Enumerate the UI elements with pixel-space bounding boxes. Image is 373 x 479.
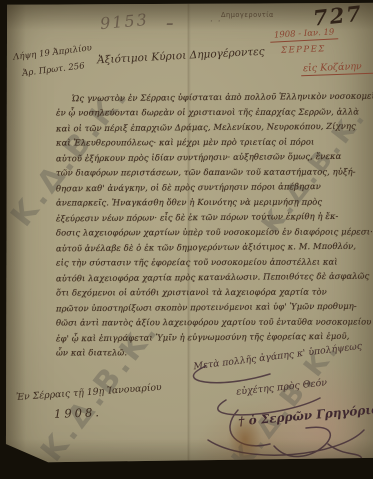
office-label: Δημογεροντία <box>221 11 274 19</box>
receipt-note: Λήψη 19 Ἀπριλίου <box>13 43 93 63</box>
received-date: 1908 - Ιαν. 19 <box>270 27 339 43</box>
letter-body: Ὡς γνωστὸν ἐν Σέρραις ὑφίσταται ἀπὸ πολλ… <box>56 92 370 362</box>
letter-paper: Κ.Δ.Β.Κ. Κ.Δ.Β.Κ. Κ.Δ.Β.Κ. Κ.Δ.Β.Κ. 9153… <box>0 0 373 479</box>
dateline-year: 1908. <box>54 405 102 421</box>
pencil-dot-marks: · · <box>210 17 222 27</box>
pencil-dash-mark: – <box>166 14 174 32</box>
received-place: ΣΕΡΡΕΣ <box>281 44 326 56</box>
scanned-letter-page: { "annotations": { "pencil_number": "915… <box>0 0 373 479</box>
salutation: Ἀξιότιμοι Κύριοι Δημογέροντες <box>97 46 265 67</box>
signature-flourish <box>178 348 373 476</box>
archive-number-pencil: 9153 <box>99 10 149 33</box>
registry-number-ink: 727 <box>312 0 364 30</box>
protocol-number: Ἀρ. Πρωτ. 256 <box>22 61 86 79</box>
destination: εἰς Κοζάνην <box>301 61 373 77</box>
